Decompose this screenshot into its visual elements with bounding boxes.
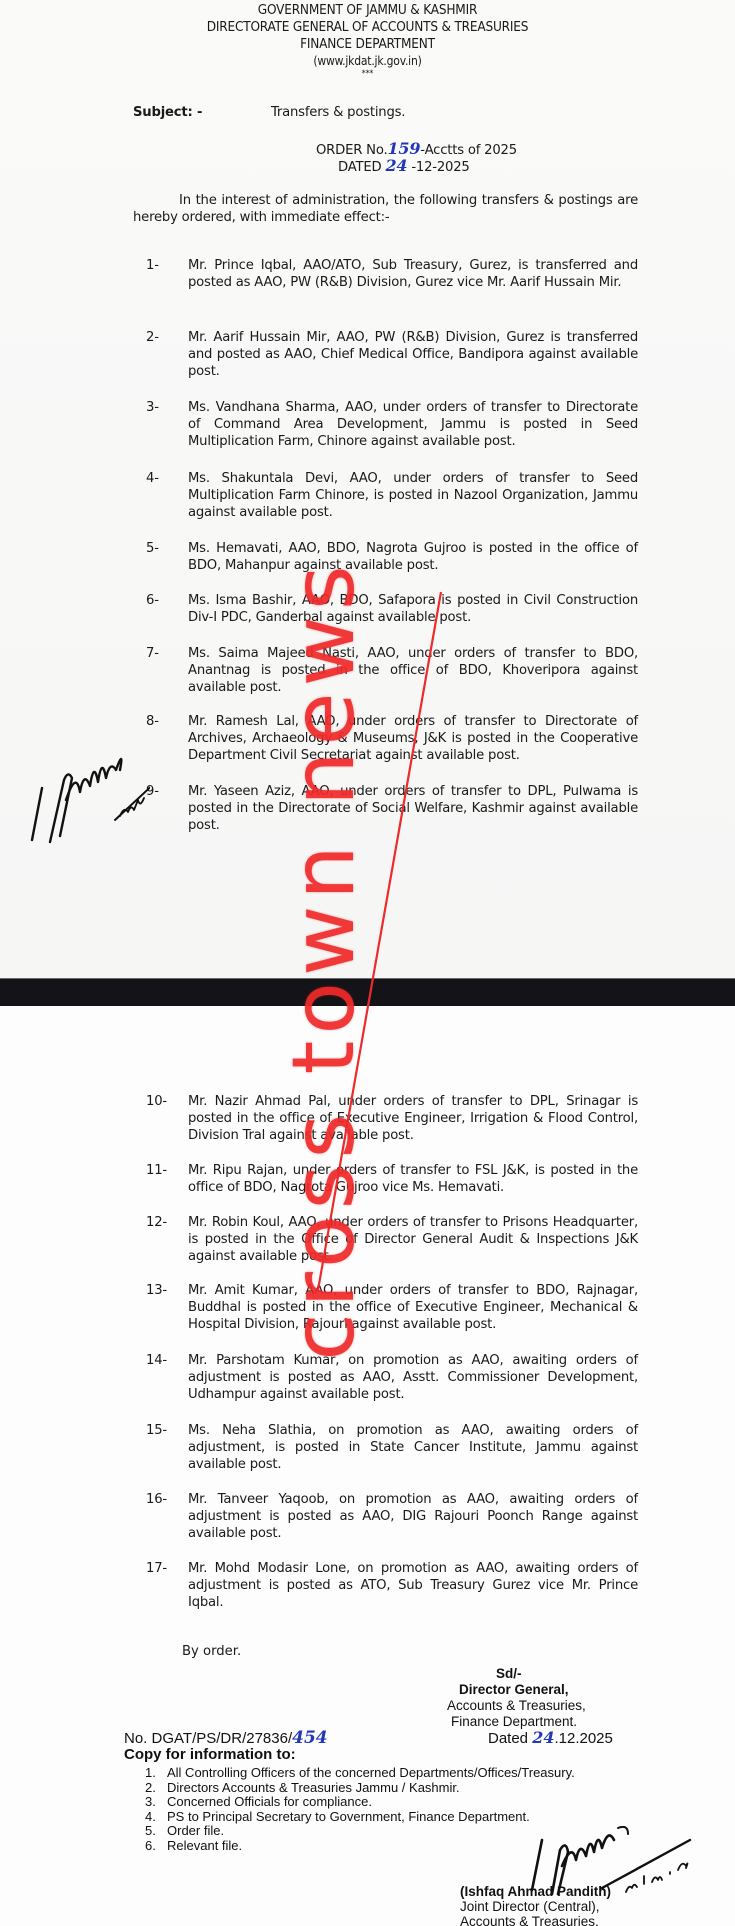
order-item: 6-Ms. Isma Bashir, AAO, BDO, Safapora is…: [146, 593, 638, 627]
copy-to-item-number: 5.: [145, 1824, 167, 1839]
copy-to-item-text: All Controlling Officers of the concerne…: [167, 1766, 575, 1781]
letterhead-website: (www.jkdat.jk.gov.in): [0, 53, 735, 70]
order-item-text: Mr. Nazir Ahmad Pal, under orders of tra…: [188, 1094, 638, 1144]
copy-to-item-text: PS to Principal Secretary to Government,…: [167, 1810, 530, 1825]
order-day-handwritten: 24: [385, 156, 407, 175]
copy-to-item: 3.Concerned Officials for compliance.: [145, 1795, 575, 1810]
signatory-day-handwritten: 24: [532, 1728, 554, 1747]
copy-to-item-number: 2.: [145, 1781, 167, 1796]
order-item-number: 11-: [146, 1163, 182, 1180]
by-order-text: By order.: [182, 1644, 241, 1659]
order-item: 16-Mr. Tanveer Yaqoob, on promotion as A…: [146, 1492, 638, 1542]
order-item-text: Mr. Robin Koul, AAO, under orders of tra…: [188, 1215, 638, 1265]
order-item-text: Mr. Yaseen Aziz, AAO, under orders of tr…: [188, 784, 638, 834]
order-item-number: 8-: [146, 714, 182, 731]
order-item-number: 15-: [146, 1423, 182, 1440]
order-item: 3-Ms. Vandhana Sharma, AAO, under orders…: [146, 400, 638, 450]
copy-to-title: Copy for information to:: [124, 1746, 296, 1763]
order-item-number: 6-: [146, 593, 182, 610]
subject-value: Transfers & postings.: [271, 104, 405, 121]
order-item-text: Ms. Isma Bashir, AAO, BDO, Safapora is p…: [188, 593, 638, 627]
copy-to-item-number: 4.: [145, 1810, 167, 1825]
subject-label: Subject: -: [133, 104, 202, 121]
signatory-date-line: Dated 24.12.2025: [488, 1730, 613, 1747]
order-item: 17-Mr. Mohd Modasir Lone, on promotion a…: [146, 1561, 638, 1611]
copy-to-item: 5.Order file.: [145, 1824, 575, 1839]
letterhead-department: FINANCE DEPARTMENT: [0, 36, 735, 53]
reference-number: No. DGAT/PS/DR/27836/454: [124, 1730, 328, 1747]
copy-to-item: 6.Relevant file.: [145, 1839, 575, 1854]
copy-to-item: 4.PS to Principal Secretary to Governmen…: [145, 1810, 575, 1825]
order-item-text: Ms. Hemavati, AAO, BDO, Nagrota Gujroo i…: [188, 541, 638, 575]
signed-marker: Sd/-: [496, 1666, 522, 1682]
order-item: 13-Mr. Amit Kumar, AAO, under orders of …: [146, 1283, 638, 1333]
order-item-text: Mr. Ripu Rajan, under orders of transfer…: [188, 1163, 638, 1197]
order-item-number: 12-: [146, 1215, 182, 1232]
order-item-text: Mr. Amit Kumar, AAO, under orders of tra…: [188, 1283, 638, 1333]
order-item: 8-Mr. Ramesh Lal, AAO, under orders of t…: [146, 714, 638, 764]
order-item: 5-Ms. Hemavati, AAO, BDO, Nagrota Gujroo…: [146, 541, 638, 575]
signatory-dated-prefix: Dated: [488, 1730, 532, 1747]
order-item-number: 13-: [146, 1283, 182, 1300]
signatory-office: Accounts & Treasuries,: [447, 1698, 586, 1714]
copy-to-item: 2.Directors Accounts & Treasuries Jammu …: [145, 1781, 575, 1796]
order-item-text: Mr. Aarif Hussain Mir, AAO, PW (R&B) Div…: [188, 330, 638, 380]
order-item: 15-Ms. Neha Slathia, on promotion as AAO…: [146, 1423, 638, 1473]
order-suffix: -Acctts of 2025: [420, 143, 517, 158]
signatory-designation: Director General,: [459, 1682, 569, 1698]
letterhead-directorate: DIRECTORATE GENERAL OF ACCOUNTS & TREASU…: [0, 19, 735, 36]
order-item: 1-Mr. Prince Iqbal, AAO/ATO, Sub Treasur…: [146, 258, 638, 292]
order-item: 9-Mr. Yaseen Aziz, AAO, under orders of …: [146, 784, 638, 834]
order-item-text: Mr. Prince Iqbal, AAO/ATO, Sub Treasury,…: [188, 258, 638, 292]
order-item: 14-Mr. Parshotam Kumar, on promotion as …: [146, 1353, 638, 1403]
order-date-line: DATED 24 -12-2025: [338, 157, 470, 176]
page-separator-bar: [0, 978, 735, 1007]
order-item-number: 4-: [146, 471, 182, 488]
copy-to-item-text: Relevant file.: [167, 1839, 242, 1854]
order-item-text: Mr. Ramesh Lal, AAO, under orders of tra…: [188, 714, 638, 764]
order-dated-suffix: -12-2025: [411, 160, 469, 175]
intro-paragraph: In the interest of administration, the f…: [133, 192, 638, 226]
order-item-number: 16-: [146, 1492, 182, 1509]
order-item: 11-Mr. Ripu Rajan, under orders of trans…: [146, 1163, 638, 1197]
reference-number-handwritten: 454: [292, 1728, 328, 1748]
order-item-text: Mr. Parshotam Kumar, on promotion as AAO…: [188, 1353, 638, 1403]
order-item: 2-Mr. Aarif Hussain Mir, AAO, PW (R&B) D…: [146, 330, 638, 380]
order-item-text: Ms. Neha Slathia, on promotion as AAO, a…: [188, 1423, 638, 1473]
copy-to-item-text: Directors Accounts & Treasuries Jammu / …: [167, 1781, 460, 1796]
order-item-number: 1-: [146, 258, 182, 275]
order-prefix: ORDER No.: [316, 143, 387, 158]
copy-to-item: 1.All Controlling Officers of the concer…: [145, 1766, 575, 1781]
signatory-dated-suffix: .12.2025: [554, 1730, 612, 1747]
order-item-number: 9-: [146, 784, 182, 801]
copy-to-list: 1.All Controlling Officers of the concer…: [145, 1766, 575, 1854]
order-item-text: Ms. Saima Majeed Nasti, AAO, under order…: [188, 646, 638, 696]
order-item-number: 17-: [146, 1561, 182, 1578]
copy-to-item-number: 3.: [145, 1795, 167, 1810]
copy-to-item-number: 6.: [145, 1839, 167, 1854]
order-item-text: Ms. Vandhana Sharma, AAO, under orders o…: [188, 400, 638, 450]
order-item-number: 7-: [146, 646, 182, 663]
letterhead-government: GOVERNMENT OF JAMMU & KASHMIR: [0, 2, 735, 19]
signatory-department: Finance Department.: [451, 1714, 577, 1730]
order-item-text: Mr. Tanveer Yaqoob, on promotion as AAO,…: [188, 1492, 638, 1542]
copy-to-item-text: Concerned Officials for compliance.: [167, 1795, 372, 1810]
order-item-number: 14-: [146, 1353, 182, 1370]
order-item-number: 10-: [146, 1094, 182, 1111]
letterhead: GOVERNMENT OF JAMMU & KASHMIR DIRECTORAT…: [0, 2, 735, 79]
copy-to-item-text: Order file.: [167, 1824, 224, 1839]
order-item-text: Mr. Mohd Modasir Lone, on promotion as A…: [188, 1561, 638, 1611]
letterhead-ornament: ***: [0, 70, 735, 79]
reference-prefix: No. DGAT/PS/DR/27836/: [124, 1730, 292, 1747]
order-item: 4-Ms. Shakuntala Devi, AAO, under orders…: [146, 471, 638, 521]
order-item-number: 2-: [146, 330, 182, 347]
officer-title: Joint Director (Central),: [460, 1899, 600, 1914]
officer-office: Accounts & Treasuries,: [460, 1914, 599, 1926]
order-dated-prefix: DATED: [338, 160, 381, 175]
officer-name: (Ishfaq Ahmad Pandith): [460, 1884, 611, 1899]
copy-to-item-number: 1.: [145, 1766, 167, 1781]
order-item-number: 5-: [146, 541, 182, 558]
order-item-text: Ms. Shakuntala Devi, AAO, under orders o…: [188, 471, 638, 521]
order-item-number: 3-: [146, 400, 182, 417]
order-item: 7-Ms. Saima Majeed Nasti, AAO, under ord…: [146, 646, 638, 696]
order-item: 12-Mr. Robin Koul, AAO, under orders of …: [146, 1215, 638, 1265]
order-item: 10-Mr. Nazir Ahmad Pal, under orders of …: [146, 1094, 638, 1144]
